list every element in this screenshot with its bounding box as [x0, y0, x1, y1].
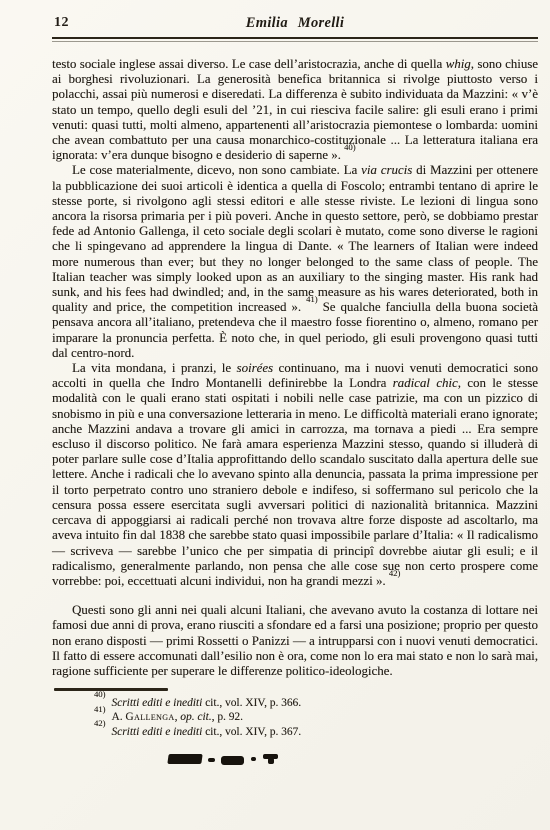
text-segment: via crucis: [361, 163, 412, 177]
text-segment: , sono chiuse ai borghesi rivoluzionari.…: [52, 57, 538, 162]
text-column: 12 Emilia Morelli testo sociale inglese …: [52, 12, 538, 740]
footnotes-section: 40)Scritti editi e inediti cit., vol. XI…: [52, 688, 538, 740]
text-segment: La vita mondana, i pranzi, le: [72, 361, 237, 375]
text-segment: whig: [446, 57, 471, 71]
text-segment: testo sociale inglese assai diverso. Le …: [52, 57, 446, 71]
paragraph: Le cose materialmente, dicevo, non sono …: [52, 163, 538, 361]
ink-smudge: [208, 758, 215, 762]
running-head: Emilia Morelli: [52, 15, 538, 32]
text-segment: radical chic: [393, 376, 458, 390]
footnote-item: 42)Scritti editi e inediti cit., vol. XI…: [52, 725, 538, 740]
text-segment: di Mazzini per ottenere la pubblicazione…: [52, 163, 538, 314]
footnote-reference: 42): [389, 568, 400, 578]
text-segment: Scritti editi e inediti: [111, 697, 202, 709]
text-segment: A.: [111, 711, 125, 723]
ink-smudge: [268, 758, 274, 764]
body-text: testo sociale inglese assai diverso. Le …: [52, 57, 538, 679]
footnote-item: 41)A. Gallenga, op. cit., p. 92.: [52, 710, 538, 725]
text-segment: , p. 92.: [212, 711, 243, 723]
text-segment: Scritti editi e inediti: [111, 726, 202, 738]
paragraph: La vita mondana, i pranzi, le soirées co…: [52, 361, 538, 589]
text-segment: Questi sono gli anni nei quali alcuni It…: [52, 603, 538, 678]
footnote-separator: [54, 688, 168, 690]
text-segment: Le cose materialmente, dicevo, non sono …: [72, 163, 361, 177]
text-segment: Gallenga: [125, 711, 174, 723]
footnote-list: 40)Scritti editi e inediti cit., vol. XI…: [52, 696, 538, 740]
paragraph: Questi sono gli anni nei quali alcuni It…: [52, 603, 538, 679]
text-segment: cit., vol. XIV, p. 367.: [202, 726, 301, 738]
ink-smudge: [251, 757, 256, 761]
text-segment: soirées: [237, 361, 274, 375]
text-segment: , con le stesse modalità con le quali er…: [52, 376, 538, 588]
ink-smudge: [221, 756, 244, 765]
footnote-marker: 40): [94, 689, 105, 699]
page-header: 12 Emilia Morelli: [52, 12, 538, 36]
text-segment: op. cit.: [180, 711, 211, 723]
footnote-marker: 41): [94, 704, 105, 714]
footnote-reference: 41): [306, 294, 317, 304]
footnote-reference: 40): [344, 142, 355, 152]
footnote-item: 40)Scritti editi e inediti cit., vol. XI…: [52, 696, 538, 711]
footnote-marker: 42): [94, 718, 105, 728]
book-page: 12 Emilia Morelli testo sociale inglese …: [0, 0, 550, 830]
text-segment: cit., vol. XIV, p. 366.: [202, 697, 301, 709]
header-rule: [52, 37, 538, 42]
paragraph: testo sociale inglese assai diverso. Le …: [52, 57, 538, 163]
ink-smudge: [167, 754, 202, 764]
